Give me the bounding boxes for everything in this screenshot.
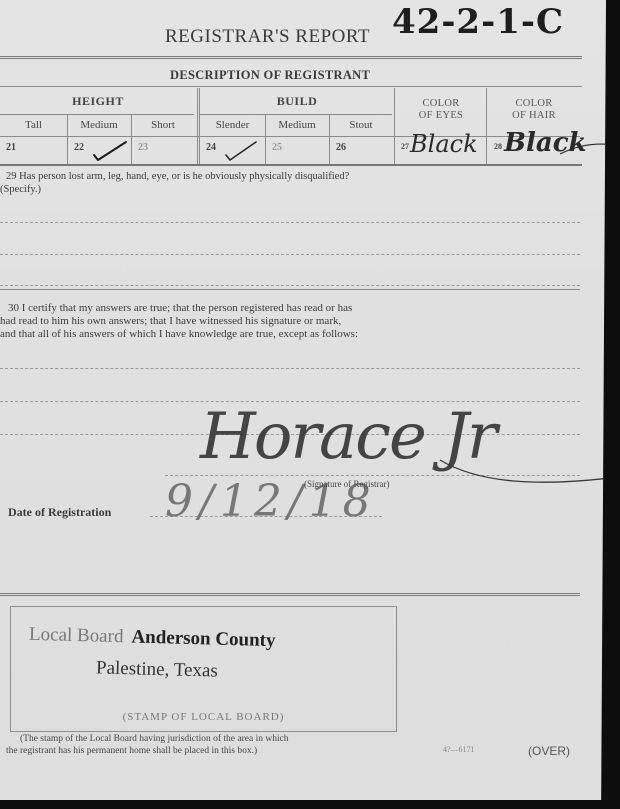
table-rule [0, 164, 582, 166]
divider [0, 86, 582, 87]
answer-line [0, 368, 580, 369]
checkmark-icon [90, 140, 130, 162]
over-label: (OVER) [528, 744, 570, 758]
registration-date-value: 9/12/18 [165, 476, 377, 527]
eye-color-value: Black [410, 130, 478, 158]
field-number: 22 [74, 142, 84, 153]
local-board-stamp-box: Local Board Anderson County Palestine, T… [10, 606, 397, 732]
answer-line [0, 254, 580, 255]
build-group-label: BUILD [200, 94, 394, 109]
stamp-city: Palestine, Texas [96, 657, 218, 681]
height-tall-label: Tall [0, 119, 67, 131]
stamp-note-line-1: (The stamp of the Local Board having jur… [20, 734, 289, 744]
hair-color-label: COLOR [488, 98, 580, 110]
eye-color-header: COLOR OF EYES [396, 98, 486, 122]
stamp-county: Anderson County [131, 626, 276, 651]
build-medium-label: Medium [265, 119, 329, 131]
divider [0, 289, 580, 290]
table-rule [200, 114, 392, 115]
build-slender-label: Slender [200, 119, 265, 131]
stamp-line-1: Local Board Anderson County [29, 624, 276, 652]
pen-stroke [560, 140, 620, 160]
stamp-caption: (STAMP OF LOCAL BOARD) [11, 711, 396, 723]
stamp-prefix: Local Board [29, 624, 124, 647]
field-number: 26 [336, 142, 346, 153]
height-group-label: HEIGHT [0, 94, 196, 109]
registration-card: REGISTRAR'S REPORT 42-2-1-C DESCRIPTION … [0, 0, 606, 800]
checkmark-icon [222, 140, 262, 162]
height-medium-label: Medium [67, 119, 131, 131]
field-number: 24 [206, 142, 216, 153]
hair-color-label: OF HAIR [488, 110, 580, 122]
question-30: 30 I certify that my answers are true; t… [0, 302, 590, 341]
question-30-text: had read to him his own answers; that I … [0, 315, 590, 328]
eye-color-label: COLOR [396, 98, 486, 110]
table-divider [394, 88, 395, 164]
field-number: 28 [494, 142, 502, 151]
field-number: 27 [401, 142, 409, 151]
stamp-line-2: Palestine, Texas [96, 657, 218, 682]
date-label: Date of Registration [8, 505, 111, 520]
field-number: 21 [6, 142, 16, 153]
table-rule [0, 114, 194, 115]
section-title: DESCRIPTION OF REGISTRANT [170, 68, 370, 83]
answer-line [0, 222, 580, 223]
answer-line [0, 285, 580, 286]
divider [0, 593, 580, 596]
table-rule [0, 136, 580, 137]
pen-stroke [440, 450, 610, 490]
field-number: 25 [272, 142, 282, 153]
question-30-text: and that all of his answers of which I h… [0, 328, 590, 341]
field-number: 23 [138, 142, 148, 153]
question-29-text: 29 Has person lost arm, leg, hand, eye, … [6, 170, 596, 183]
table-divider [486, 88, 487, 164]
height-short-label: Short [131, 119, 195, 131]
serial-number: 42-2-1-C [392, 2, 564, 42]
eye-color-label: OF EYES [396, 110, 486, 122]
form-code: 4?—6171 [443, 745, 475, 754]
question-30-text: 30 I certify that my answers are true; t… [0, 302, 590, 315]
stamp-note-line-2: the registrant has his permanent home sh… [6, 746, 257, 756]
build-stout-label: Stout [329, 119, 393, 131]
hair-color-header: COLOR OF HAIR [488, 98, 580, 122]
question-29-specify: (Specify.) [0, 183, 596, 196]
divider [0, 56, 582, 59]
document-title: REGISTRAR'S REPORT [165, 26, 370, 48]
question-29: 29 Has person lost arm, leg, hand, eye, … [6, 170, 596, 196]
